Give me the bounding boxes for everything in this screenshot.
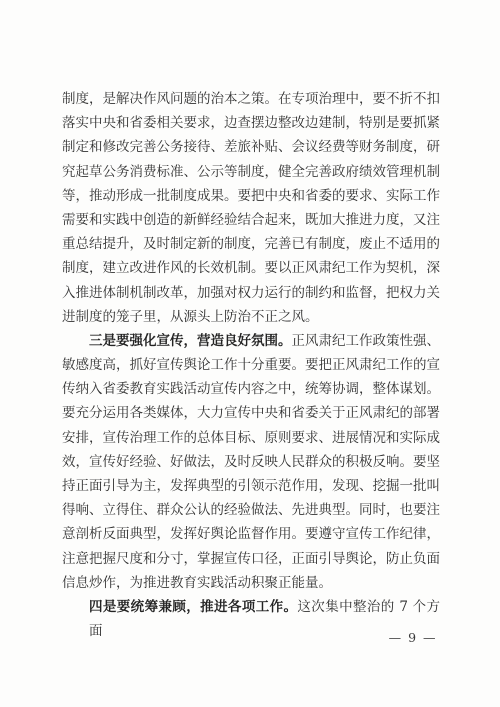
- text-line: 安排，宣传治理工作的总体目标、原则要求、进展情况和实际成: [62, 426, 440, 450]
- text-line: 入推进体制机制改革，加强对权力运行的制约和监督，把权力关: [62, 281, 440, 305]
- line-text: 持正面引导为主，发挥典型的引领示范作用，发现、挖掘一批叫: [62, 478, 440, 494]
- text-line: 落实中央和省委相关要求，边查摆边整改边建制，特别是要抓紧: [62, 111, 440, 135]
- line-text: 需要和实践中创造的新鲜经验结合起来，既加大推进力度，又注: [62, 212, 440, 228]
- line-text: 安排，宣传治理工作的总体目标、原则要求、进展情况和实际成: [62, 430, 440, 446]
- text-line: 要充分运用各类媒体，大力宣传中央和省委关于正风肃纪的部署: [62, 401, 440, 425]
- text-line: 三是要强化宣传，营造良好氛围。正风肃纪工作政策性强、: [62, 329, 440, 353]
- document-page: 制度，是解决作风问题的治本之策。在专项治理中，要不折不扣落实中央和省委相关要求，…: [0, 0, 500, 707]
- text-line: 等，推动形成一批制度成果。要把中央和省委的要求、实际工作: [62, 184, 440, 208]
- line-text: 意剖析反面典型，发挥好舆论监督作用。要遵守宣传工作纪律，: [62, 526, 440, 542]
- text-line: 需要和实践中创造的新鲜经验结合起来，既加大推进力度，又注: [62, 208, 440, 232]
- line-text: 效，宣传好经验、好做法，及时反映人民群众的积极反响。要坚: [62, 454, 440, 470]
- text-line: 得响、立得住、群众公认的经验做法、先进典型。同时，也要注: [62, 498, 440, 522]
- document-text: 制度，是解决作风问题的治本之策。在专项治理中，要不折不扣落实中央和省委相关要求，…: [62, 87, 440, 619]
- line-text: 落实中央和省委相关要求，边查摆边整改边建制，特别是要抓紧: [62, 115, 440, 131]
- line-text: 入推进体制机制改革，加强对权力运行的制约和监督，把权力关: [62, 285, 440, 301]
- text-line: 传纳入省委教育实践活动宣传内容之中，统筹协调，整体谋划。: [62, 377, 440, 401]
- line-text: 等，推动形成一批制度成果。要把中央和省委的要求、实际工作: [62, 188, 440, 204]
- line-text: 注意把握尺度和分寸，掌握宣传口径，正面引导舆论，防止负面: [62, 551, 440, 567]
- line-text: 制度，建立改进作风的长效机制。要以正风肃纪工作为契机，深: [62, 260, 440, 276]
- line-text: 究起草公务消费标准、公示等制度，健全完善政府绩效管理机制: [62, 164, 440, 180]
- text-line: 制定和修改完善公务接待、差旅补贴、会议经费等财务制度，研: [62, 135, 440, 159]
- page-number: — 9 —: [389, 630, 437, 645]
- text-line: 制度，是解决作风问题的治本之策。在专项治理中，要不折不扣: [62, 87, 440, 111]
- line-text: 制定和修改完善公务接待、差旅补贴、会议经费等财务制度，研: [62, 139, 440, 155]
- paragraph-lead: 三是要强化宣传，营造良好氛围。: [89, 333, 292, 349]
- line-text: 制度，是解决作风问题的治本之策。在专项治理中，要不折不扣: [62, 91, 440, 107]
- text-line: 敏感度高，抓好宣传舆论工作十分重要。要把正风肃纪工作的宣: [62, 353, 440, 377]
- text-line: 信息炒作，为推进教育实践活动积聚正能量。: [62, 571, 440, 595]
- text-line: 究起草公务消费标准、公示等制度，健全完善政府绩效管理机制: [62, 160, 440, 184]
- line-text: 进制度的笼子里，从源头上防治不正之风。: [62, 309, 319, 325]
- line-text: 信息炒作，为推进教育实践活动积聚正能量。: [62, 575, 332, 591]
- text-line: 持正面引导为主，发挥典型的引领示范作用，发现、挖掘一批叫: [62, 474, 440, 498]
- text-line: 进制度的笼子里，从源头上防治不正之风。: [62, 305, 440, 329]
- text-line: 效，宣传好经验、好做法，及时反映人民群众的积极反响。要坚: [62, 450, 440, 474]
- line-text: 重总结提升，及时制定新的制度，完善已有制度，废止不适用的: [62, 236, 440, 252]
- text-line: 四是要统筹兼顾，推进各项工作。这次集中整治的 7 个方面: [62, 595, 440, 619]
- text-line: 制度，建立改进作风的长效机制。要以正风肃纪工作为契机，深: [62, 256, 440, 280]
- line-text: 得响、立得住、群众公认的经验做法、先进典型。同时，也要注: [62, 502, 440, 518]
- paragraph-lead: 四是要统筹兼顾，推进各项工作。: [89, 599, 297, 615]
- line-text: 敏感度高，抓好宣传舆论工作十分重要。要把正风肃纪工作的宣: [62, 357, 440, 373]
- line-text: 要充分运用各类媒体，大力宣传中央和省委关于正风肃纪的部署: [62, 405, 440, 421]
- text-line: 意剖析反面典型，发挥好舆论监督作用。要遵守宣传工作纪律，: [62, 522, 440, 546]
- line-text: 正风肃纪工作政策性强、: [292, 333, 441, 349]
- text-line: 重总结提升，及时制定新的制度，完善已有制度，废止不适用的: [62, 232, 440, 256]
- line-text: 传纳入省委教育实践活动宣传内容之中，统筹协调，整体谋划。: [62, 381, 440, 397]
- text-line: 注意把握尺度和分寸，掌握宣传口径，正面引导舆论，防止负面: [62, 547, 440, 571]
